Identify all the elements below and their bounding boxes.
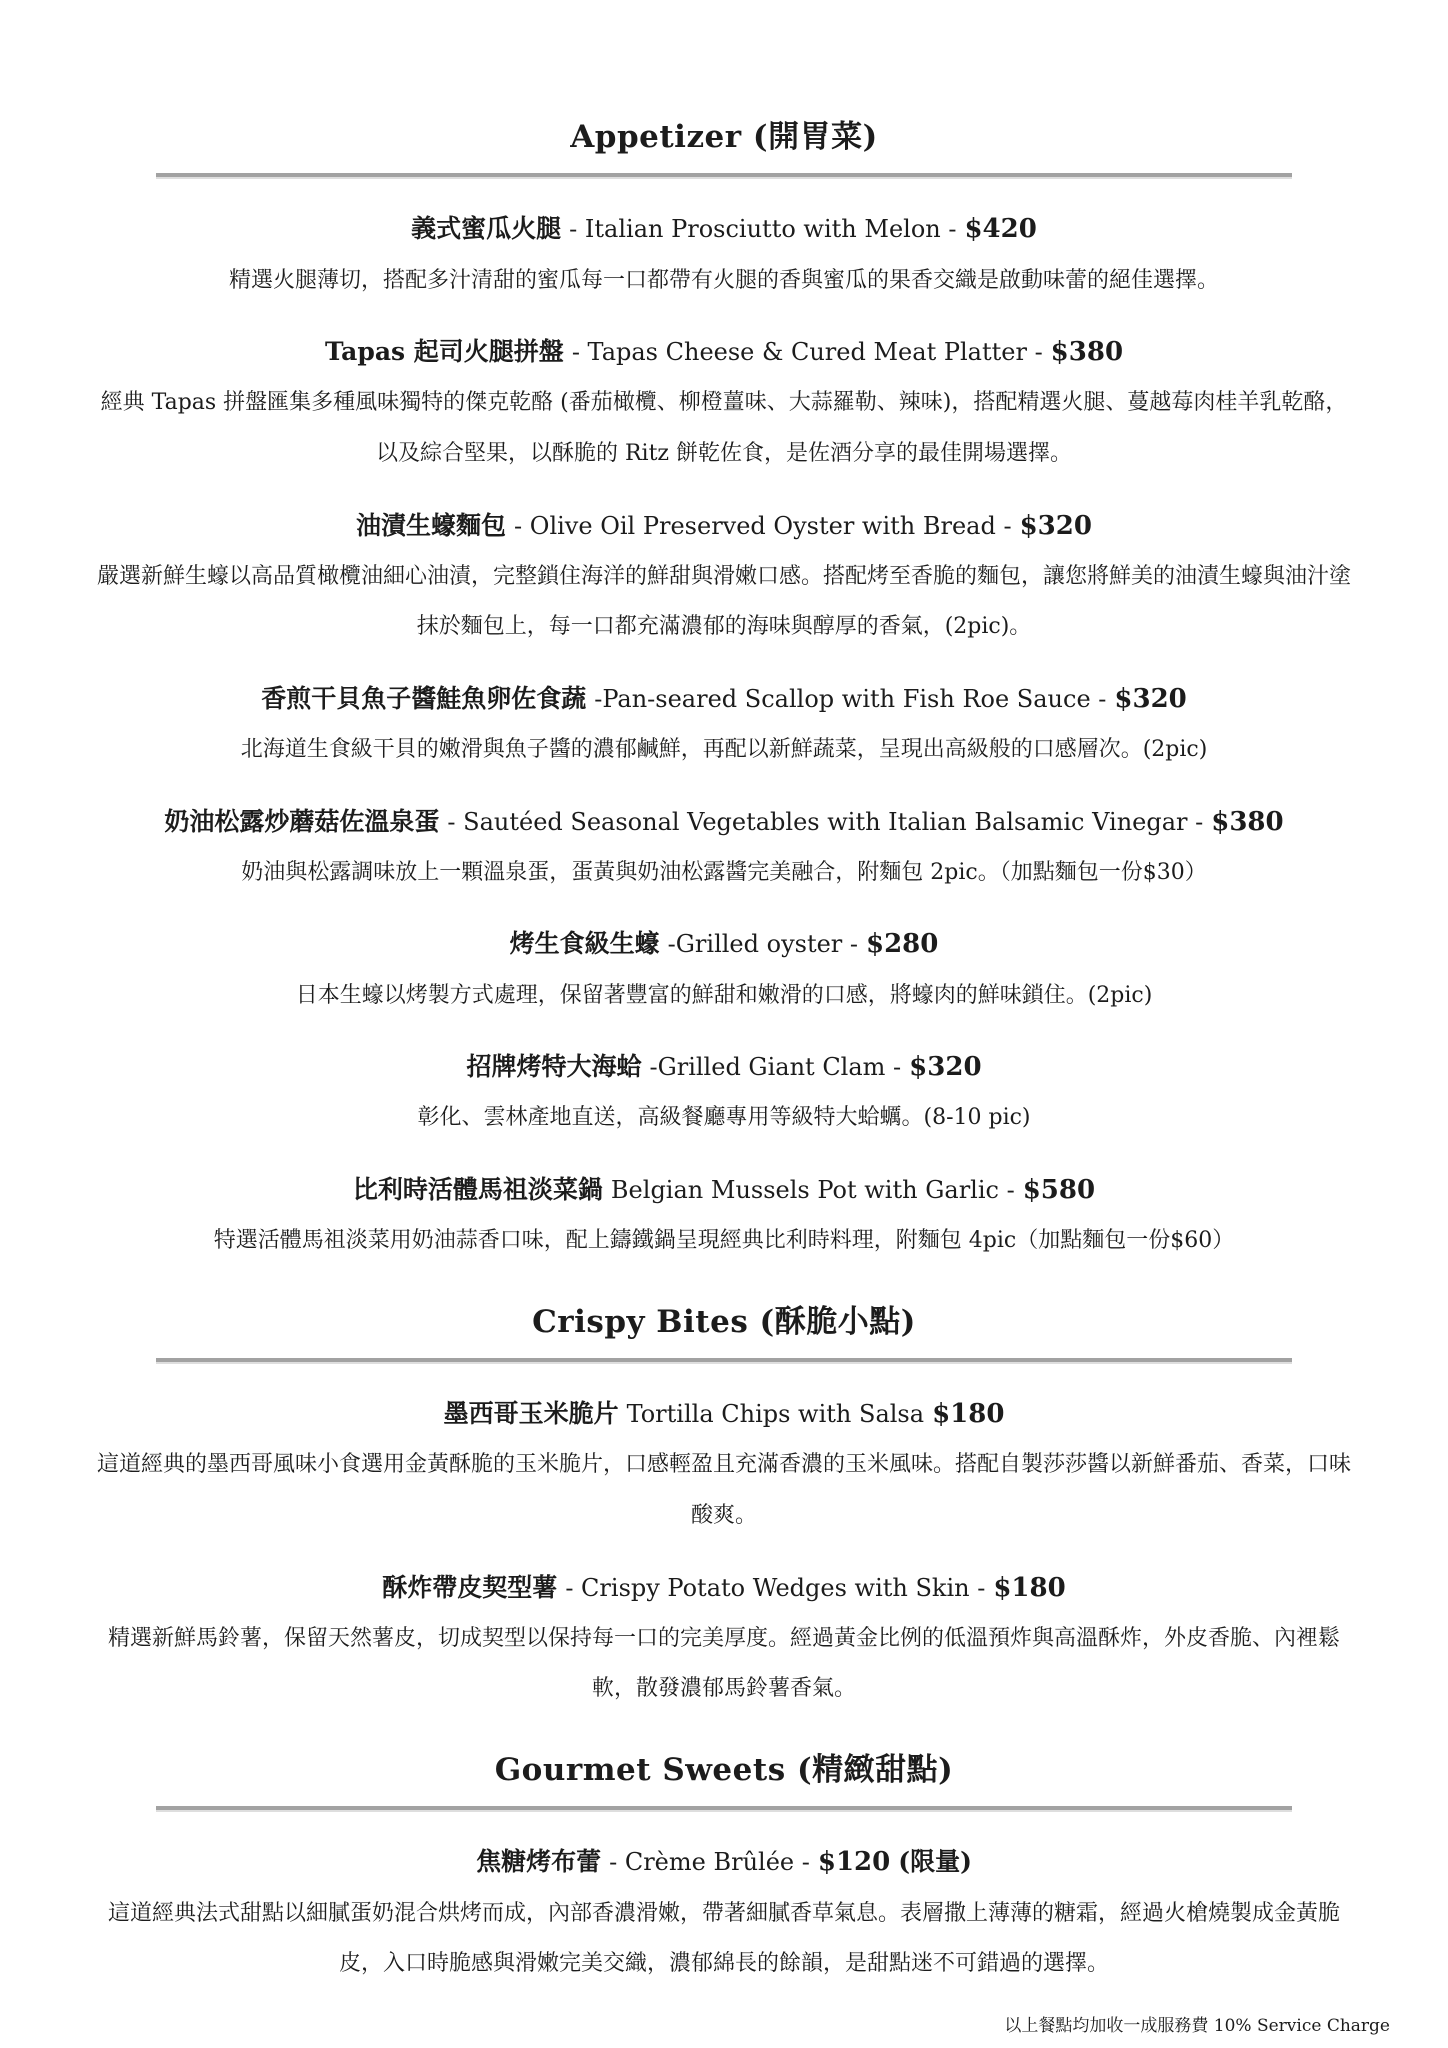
section-title: Crispy Bites (酥脆小點) [88, 1301, 1360, 1344]
item-description: 嚴選新鮮生蠔以高品質橄欖油細心油漬，完整鎖住海洋的鮮甜與滑嫩口感。搭配烤至香脆的… [90, 552, 1358, 653]
item-name-en: - Sautéed Seasonal Vegetables with Itali… [447, 808, 1203, 836]
item-name-zh: Tapas 起司火腿拼盤 [325, 337, 564, 366]
item-description: 精選新鮮馬鈴薯，保留天然薯皮，切成契型以保持每一口的完美厚度。經過黃金比例的低溫… [90, 1614, 1358, 1715]
menu-item: 烤生食級生蠔-Grilled oyster -$280 日本生蠔以烤製方式處理，… [88, 922, 1360, 1021]
menu-section: Crispy Bites (酥脆小點) 墨西哥玉米脆片Tortilla Chip… [88, 1301, 1360, 1715]
item-name-zh: 奶油松露炒蘑菇佐溫泉蛋 [164, 807, 439, 836]
item-name-zh: 酥炸帶皮契型薯 [382, 1573, 557, 1602]
item-price: $120 [818, 1847, 890, 1877]
section-items: 焦糖烤布蕾- Crème Brûlée -$120(限量) 這道經典法式甜點以細… [88, 1840, 1360, 1989]
item-name-zh: 油漬生蠔麵包 [356, 511, 506, 540]
item-note: (限量) [898, 1847, 972, 1876]
menu-item-title: 義式蜜瓜火腿- Italian Prosciutto with Melon -$… [88, 207, 1360, 251]
item-price: $180 [993, 1573, 1065, 1603]
menu-item: 油漬生蠔麵包- Olive Oil Preserved Oyster with … [88, 504, 1360, 653]
menu-item: 奶油松露炒蘑菇佐溫泉蛋- Sautéed Seasonal Vegetables… [88, 800, 1360, 899]
menu-item: 香煎干貝魚子醬鮭魚卵佐食蔬-Pan-seared Scallop with Fi… [88, 677, 1360, 776]
item-price: $580 [1023, 1175, 1095, 1205]
item-description: 奶油與松露調味放上一顆溫泉蛋，蛋黃與奶油松露醬完美融合，附麵包 2pic。（加點… [90, 848, 1358, 899]
item-name-en: Belgian Mussels Pot with Garlic - [611, 1176, 1015, 1204]
menu-item: Tapas 起司火腿拼盤- Tapas Cheese & Cured Meat … [88, 330, 1360, 479]
item-price: $320 [1114, 684, 1186, 714]
service-charge-note: 以上餐點均加收一成服務費 10% Service Charge [88, 2014, 1390, 2040]
item-name-en: Tortilla Chips with Salsa [627, 1400, 924, 1428]
item-description: 這道經典的墨西哥風味小食選用金黃酥脆的玉米脆片，口感輕盈且充滿香濃的玉米風味。搭… [90, 1440, 1358, 1541]
menu-item-title: 墨西哥玉米脆片Tortilla Chips with Salsa$180 [88, 1392, 1360, 1436]
item-name-zh: 烤生食級生蠔 [510, 929, 660, 958]
menu-item-title: 油漬生蠔麵包- Olive Oil Preserved Oyster with … [88, 504, 1360, 548]
item-name-en: -Grilled Giant Clam - [649, 1053, 901, 1081]
section-divider [156, 1358, 1292, 1364]
menu-item: 酥炸帶皮契型薯- Crispy Potato Wedges with Skin … [88, 1566, 1360, 1715]
menu-item-title: 奶油松露炒蘑菇佐溫泉蛋- Sautéed Seasonal Vegetables… [88, 800, 1360, 844]
item-name-en: - Olive Oil Preserved Oyster with Bread … [514, 512, 1012, 540]
item-name-zh: 焦糖烤布蕾 [476, 1847, 601, 1876]
item-price: $420 [964, 214, 1036, 244]
item-name-zh: 義式蜜瓜火腿 [411, 214, 561, 243]
menu-item: 招牌烤特大海蛤-Grilled Giant Clam -$320 彰化、雲林產地… [88, 1045, 1360, 1144]
section-title: Gourmet Sweets (精緻甜點) [88, 1749, 1360, 1792]
item-price: $180 [932, 1399, 1004, 1429]
section-items: 義式蜜瓜火腿- Italian Prosciutto with Melon -$… [88, 207, 1360, 1266]
item-description: 日本生蠔以烤製方式處理，保留著豐富的鮮甜和嫩滑的口感，將蠔肉的鮮味鎖住。(2pi… [90, 971, 1358, 1022]
item-price: $320 [1020, 511, 1092, 541]
item-name-zh: 招牌烤特大海蛤 [466, 1052, 641, 1081]
item-name-en: -Grilled oyster - [668, 930, 858, 958]
item-name-en: - Crispy Potato Wedges with Skin - [565, 1574, 985, 1602]
item-description: 彰化、雲林產地直送，高級餐廳專用等級特大蛤蠣。(8-10 pic) [90, 1093, 1358, 1144]
item-description: 這道經典法式甜點以細膩蛋奶混合烘烤而成，內部香濃滑嫩，帶著細膩香草氣息。表層撒上… [90, 1889, 1358, 1990]
item-name-zh: 墨西哥玉米脆片 [444, 1399, 619, 1428]
menu-item-title: Tapas 起司火腿拼盤- Tapas Cheese & Cured Meat … [88, 330, 1360, 374]
menu-item-title: 烤生食級生蠔-Grilled oyster -$280 [88, 922, 1360, 966]
item-price: $380 [1211, 807, 1283, 837]
section-items: 墨西哥玉米脆片Tortilla Chips with Salsa$180 這道經… [88, 1392, 1360, 1715]
menu-item-title: 酥炸帶皮契型薯- Crispy Potato Wedges with Skin … [88, 1566, 1360, 1610]
menu-item-title: 比利時活體馬祖淡菜鍋Belgian Mussels Pot with Garli… [88, 1168, 1360, 1212]
menu-section: Appetizer (開胃菜) 義式蜜瓜火腿- Italian Prosciut… [88, 116, 1360, 1267]
menu-item-title: 焦糖烤布蕾- Crème Brûlée -$120(限量) [88, 1840, 1360, 1884]
item-description: 特選活體馬祖淡菜用奶油蒜香口味，配上鑄鐵鍋呈現經典比利時料理，附麵包 4pic（… [90, 1216, 1358, 1267]
item-price: $320 [909, 1052, 981, 1082]
menu-page: Appetizer (開胃菜) 義式蜜瓜火腿- Italian Prosciut… [0, 0, 1448, 2048]
item-description: 經典 Tapas 拼盤匯集多種風味獨特的傑克乾酪 (番茄橄欖、柳橙薑味、大蒜羅勒… [90, 378, 1358, 479]
menu-sections: Appetizer (開胃菜) 義式蜜瓜火腿- Italian Prosciut… [88, 116, 1360, 1990]
menu-item: 焦糖烤布蕾- Crème Brûlée -$120(限量) 這道經典法式甜點以細… [88, 1840, 1360, 1989]
menu-item: 比利時活體馬祖淡菜鍋Belgian Mussels Pot with Garli… [88, 1168, 1360, 1267]
menu-item-title: 招牌烤特大海蛤-Grilled Giant Clam -$320 [88, 1045, 1360, 1089]
section-divider [156, 1806, 1292, 1812]
section-title: Appetizer (開胃菜) [88, 116, 1360, 159]
item-name-zh: 香煎干貝魚子醬鮭魚卵佐食蔬 [261, 684, 586, 713]
item-name-en: - Italian Prosciutto with Melon - [569, 215, 956, 243]
menu-item: 義式蜜瓜火腿- Italian Prosciutto with Melon -$… [88, 207, 1360, 306]
section-divider [156, 173, 1292, 179]
item-description: 北海道生食級干貝的嫩滑與魚子醬的濃郁鹹鮮，再配以新鮮蔬菜，呈現出高級般的口感層次… [90, 725, 1358, 776]
item-description: 精選火腿薄切，搭配多汁清甜的蜜瓜每一口都帶有火腿的香與蜜瓜的果香交織是啟動味蕾的… [90, 256, 1358, 307]
menu-item-title: 香煎干貝魚子醬鮭魚卵佐食蔬-Pan-seared Scallop with Fi… [88, 677, 1360, 721]
item-name-en: -Pan-seared Scallop with Fish Roe Sauce … [594, 685, 1106, 713]
menu-item: 墨西哥玉米脆片Tortilla Chips with Salsa$180 這道經… [88, 1392, 1360, 1541]
item-price: $280 [866, 929, 938, 959]
item-name-zh: 比利時活體馬祖淡菜鍋 [353, 1175, 603, 1204]
menu-section: Gourmet Sweets (精緻甜點) 焦糖烤布蕾- Crème Brûlé… [88, 1749, 1360, 1990]
item-name-en: - Tapas Cheese & Cured Meat Platter - [572, 338, 1043, 366]
item-price: $380 [1051, 337, 1123, 367]
item-name-en: - Crème Brûlée - [609, 1848, 810, 1876]
